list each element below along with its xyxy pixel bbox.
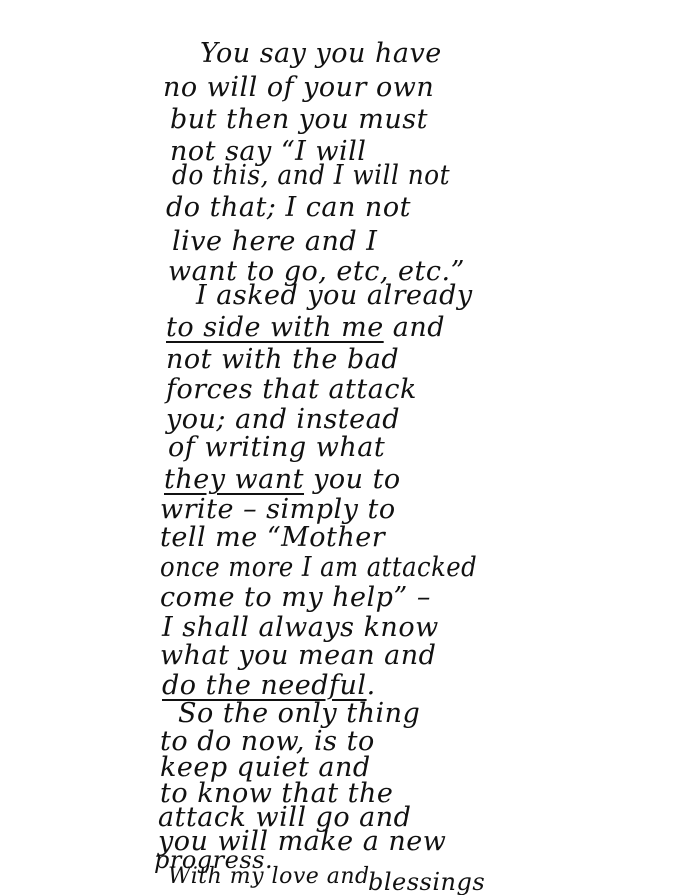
letter-line: not with the bad <box>166 344 399 375</box>
line-text: come to my help” – <box>160 582 431 613</box>
letter-line: you; and instead <box>166 404 400 435</box>
letter-line: they want you to <box>164 464 401 495</box>
line-text: tell me “Mother <box>160 522 385 553</box>
line-text: you to <box>304 464 401 495</box>
line-text: . <box>367 670 376 701</box>
letter-line: tell me “Mother <box>160 522 385 553</box>
line-text: I shall always know <box>162 612 439 643</box>
letter-line: You say you have <box>200 38 442 69</box>
line-text: live here and I <box>172 226 377 257</box>
line-text: not with the bad <box>166 344 399 375</box>
line-text: forces that attack <box>166 374 417 405</box>
line-text: what you mean and <box>160 640 436 671</box>
underlined-text: they want <box>164 464 304 495</box>
line-text: no will of your own <box>163 72 434 103</box>
letter-line: forces that attack <box>166 374 417 405</box>
letter-line: live here and I <box>172 226 377 257</box>
letter-line: to side with me and <box>166 312 445 343</box>
line-text: With my love and <box>168 864 370 889</box>
letter-line: do that; I can not <box>166 192 411 223</box>
letter-line: come to my help” – <box>160 582 431 613</box>
line-text: I asked you already <box>196 280 473 311</box>
letter-line: I shall always know <box>162 612 439 643</box>
line-text: do this, and I will not <box>172 160 450 191</box>
letter-line: write – simply to <box>160 494 396 525</box>
underlined-text: to side with me <box>166 312 384 343</box>
letter-line: I asked you already <box>196 280 473 311</box>
line-text: do that; I can not <box>166 192 411 223</box>
underlined-text: do the needful <box>162 670 367 701</box>
line-text: once more I am attacked <box>160 552 477 583</box>
line-text: you; and instead <box>166 404 400 435</box>
letter-line: but then you must <box>170 104 428 135</box>
line-text: and <box>384 312 445 343</box>
scanned-page: You say you have no will of your own but… <box>0 0 680 895</box>
closing-signature: blessings <box>368 868 485 895</box>
line-text: but then you must <box>170 104 428 135</box>
line-text: You say you have <box>200 38 442 69</box>
letter-line: do the needful. <box>162 670 376 701</box>
line-text: So the only thing <box>178 698 420 729</box>
line-text: blessings <box>368 868 485 895</box>
line-text: of writing what <box>168 432 385 463</box>
line-text: write – simply to <box>160 494 396 525</box>
closing-salutation: With my love and <box>168 864 370 889</box>
letter-line: what you mean and <box>160 640 436 671</box>
handwritten-letter: You say you have no will of your own but… <box>0 0 680 895</box>
letter-line: once more I am attacked <box>160 552 477 583</box>
letter-line: no will of your own <box>163 72 434 103</box>
letter-line: of writing what <box>168 432 385 463</box>
letter-line: do this, and I will not <box>172 160 450 191</box>
letter-line: So the only thing <box>178 698 420 729</box>
